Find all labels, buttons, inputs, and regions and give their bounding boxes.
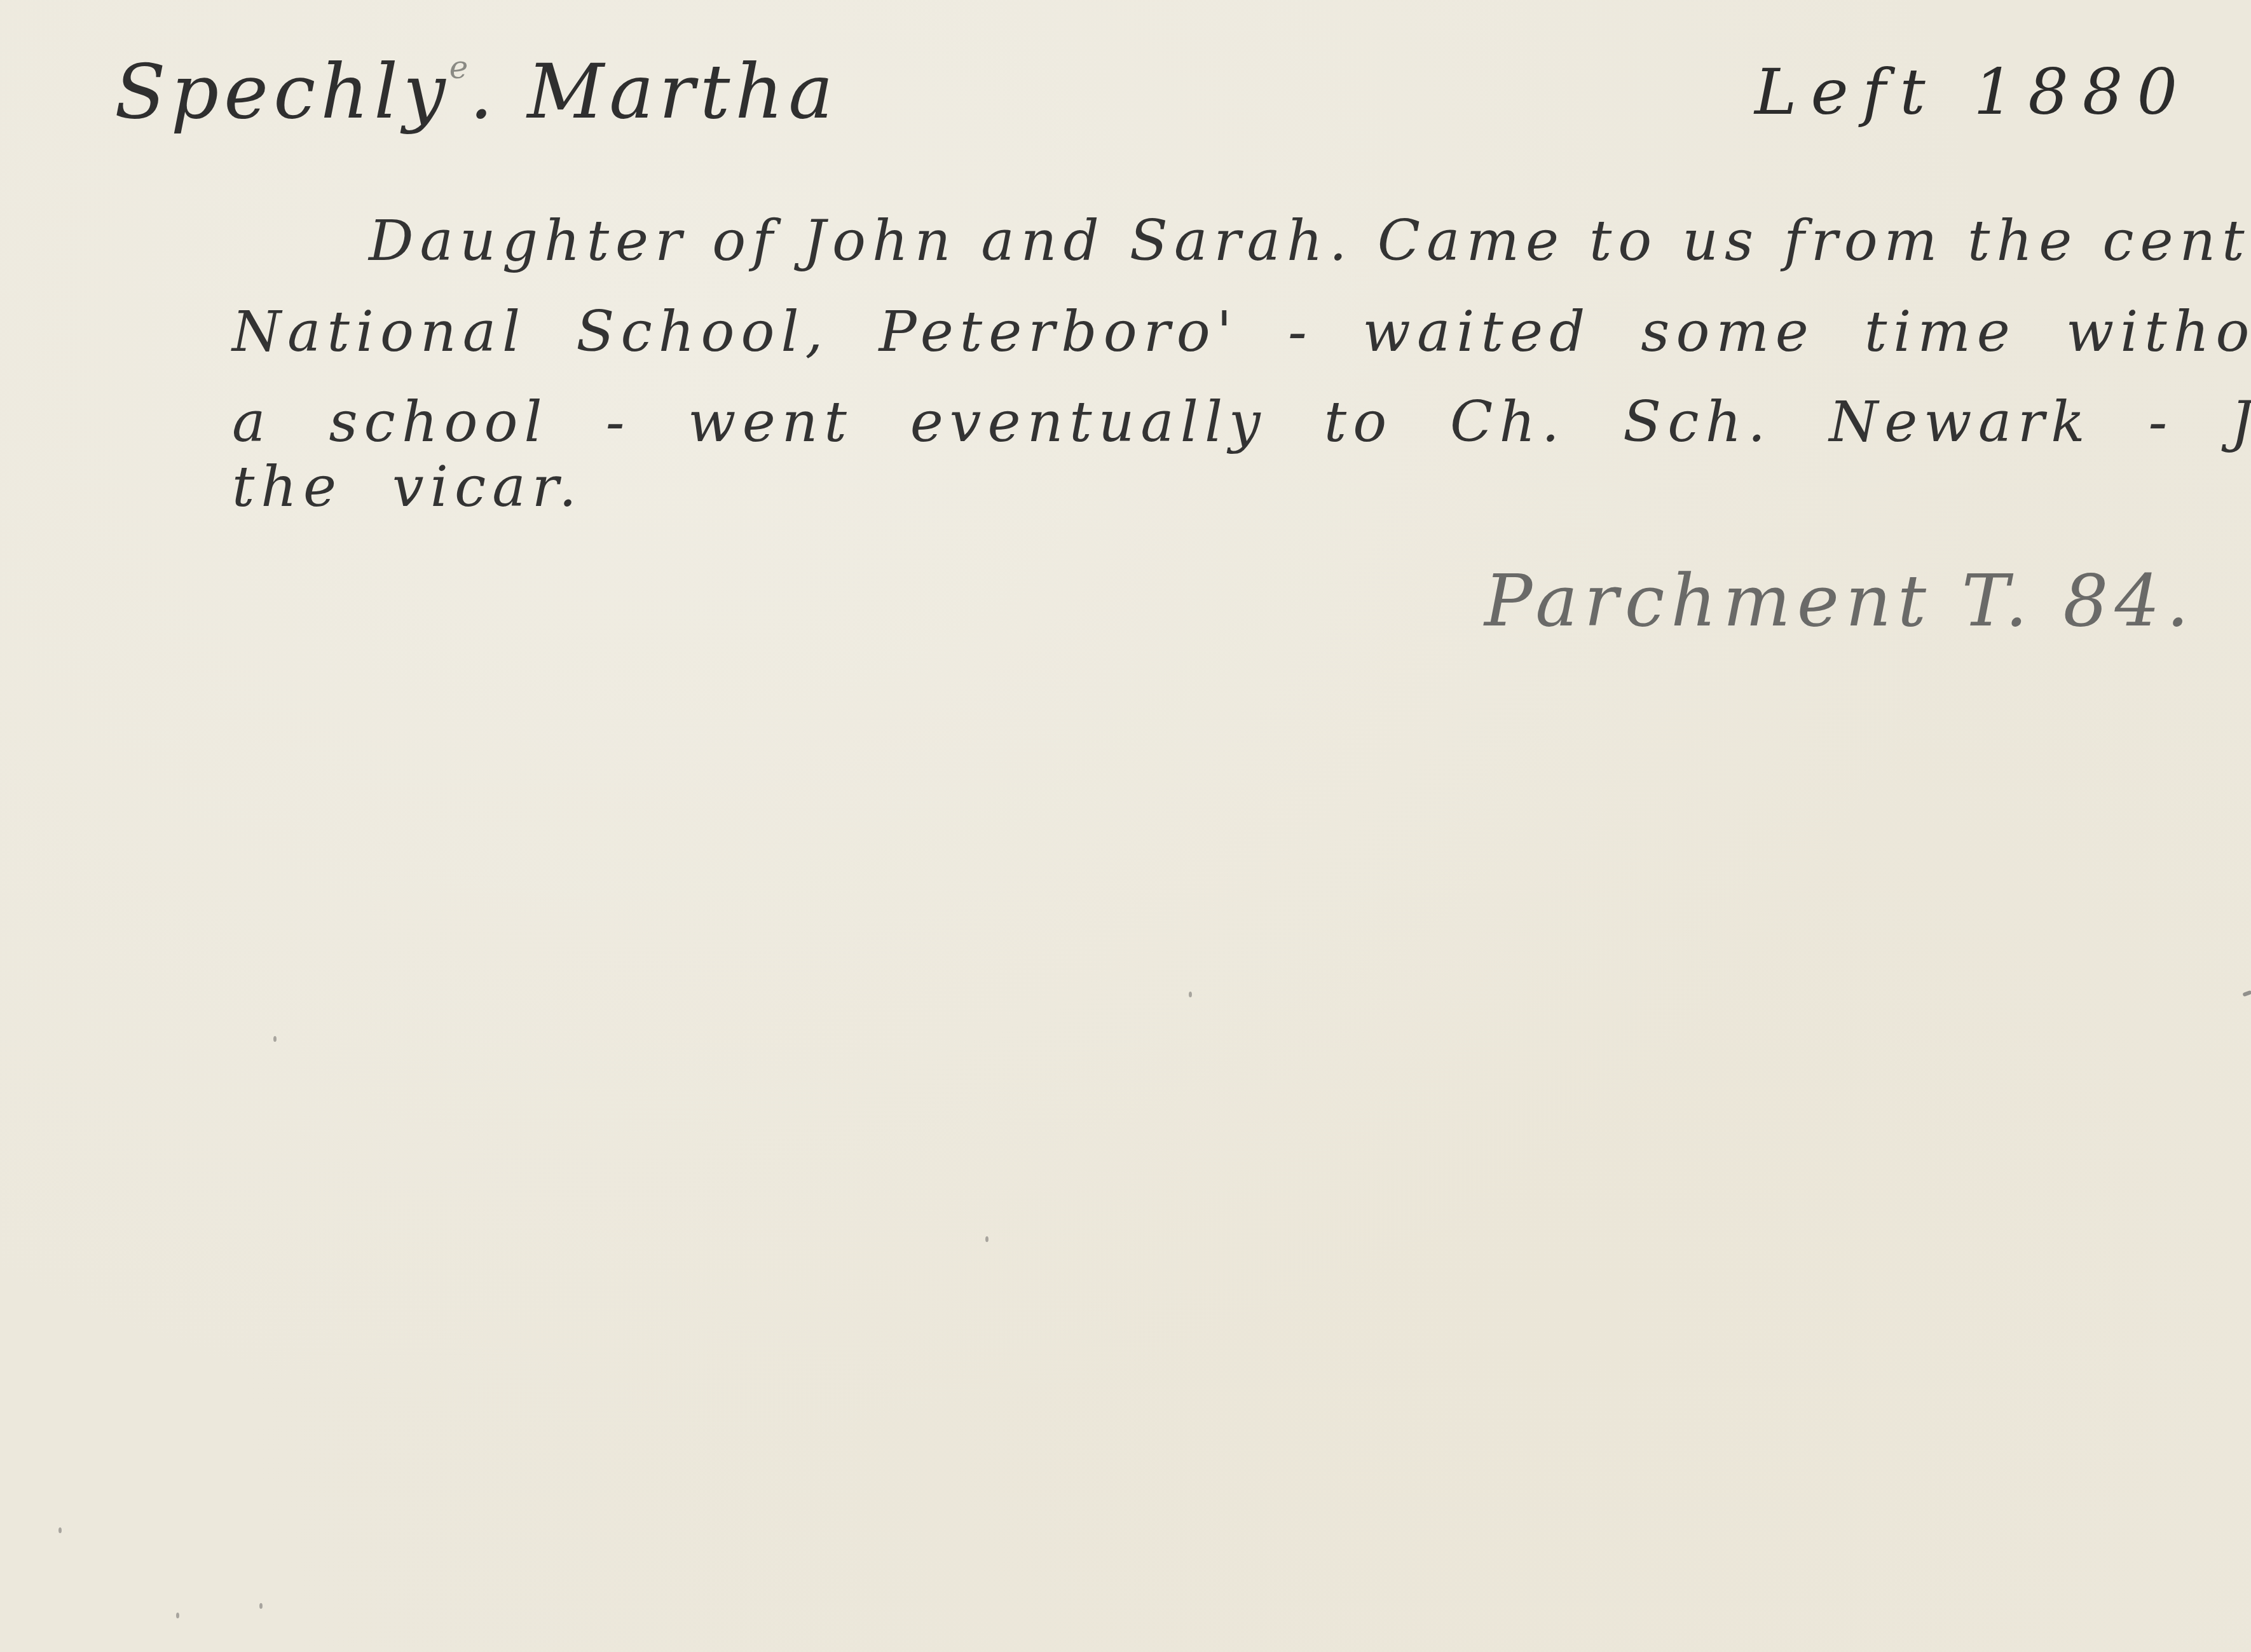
paper-speck bbox=[1189, 992, 1192, 997]
parchment-note: Parchment T. 84. bbox=[1484, 566, 2195, 637]
body-line: the vicar. bbox=[232, 459, 583, 515]
surname-correction-mark: e bbox=[449, 49, 469, 86]
body-line: a school - went eventually to Ch. Sch. N… bbox=[232, 394, 2251, 450]
edge-pen-mark bbox=[2242, 990, 2251, 997]
name-heading: Spechlye. Martha bbox=[114, 54, 838, 129]
paper-speck bbox=[58, 1527, 62, 1533]
forename: Martha bbox=[527, 48, 838, 135]
paper-speck bbox=[176, 1613, 179, 1618]
paper-speck bbox=[273, 1036, 277, 1042]
record-card: Spechlye. Martha Left 1880 Daughter of J… bbox=[0, 0, 2251, 1652]
left-year: 1880 bbox=[1974, 55, 2192, 129]
left-date: Left 1880 bbox=[1755, 60, 2191, 124]
paper-speck bbox=[259, 1603, 263, 1609]
name-separator: . bbox=[469, 48, 498, 135]
surname: Spechly bbox=[114, 48, 451, 135]
paper-speck bbox=[985, 1236, 989, 1242]
body-line: Daughter of John and Sarah. Came to us f… bbox=[369, 213, 2251, 269]
left-label: Left bbox=[1755, 55, 1940, 129]
body-line: National School, Peterboro' - waited som… bbox=[232, 304, 2251, 360]
